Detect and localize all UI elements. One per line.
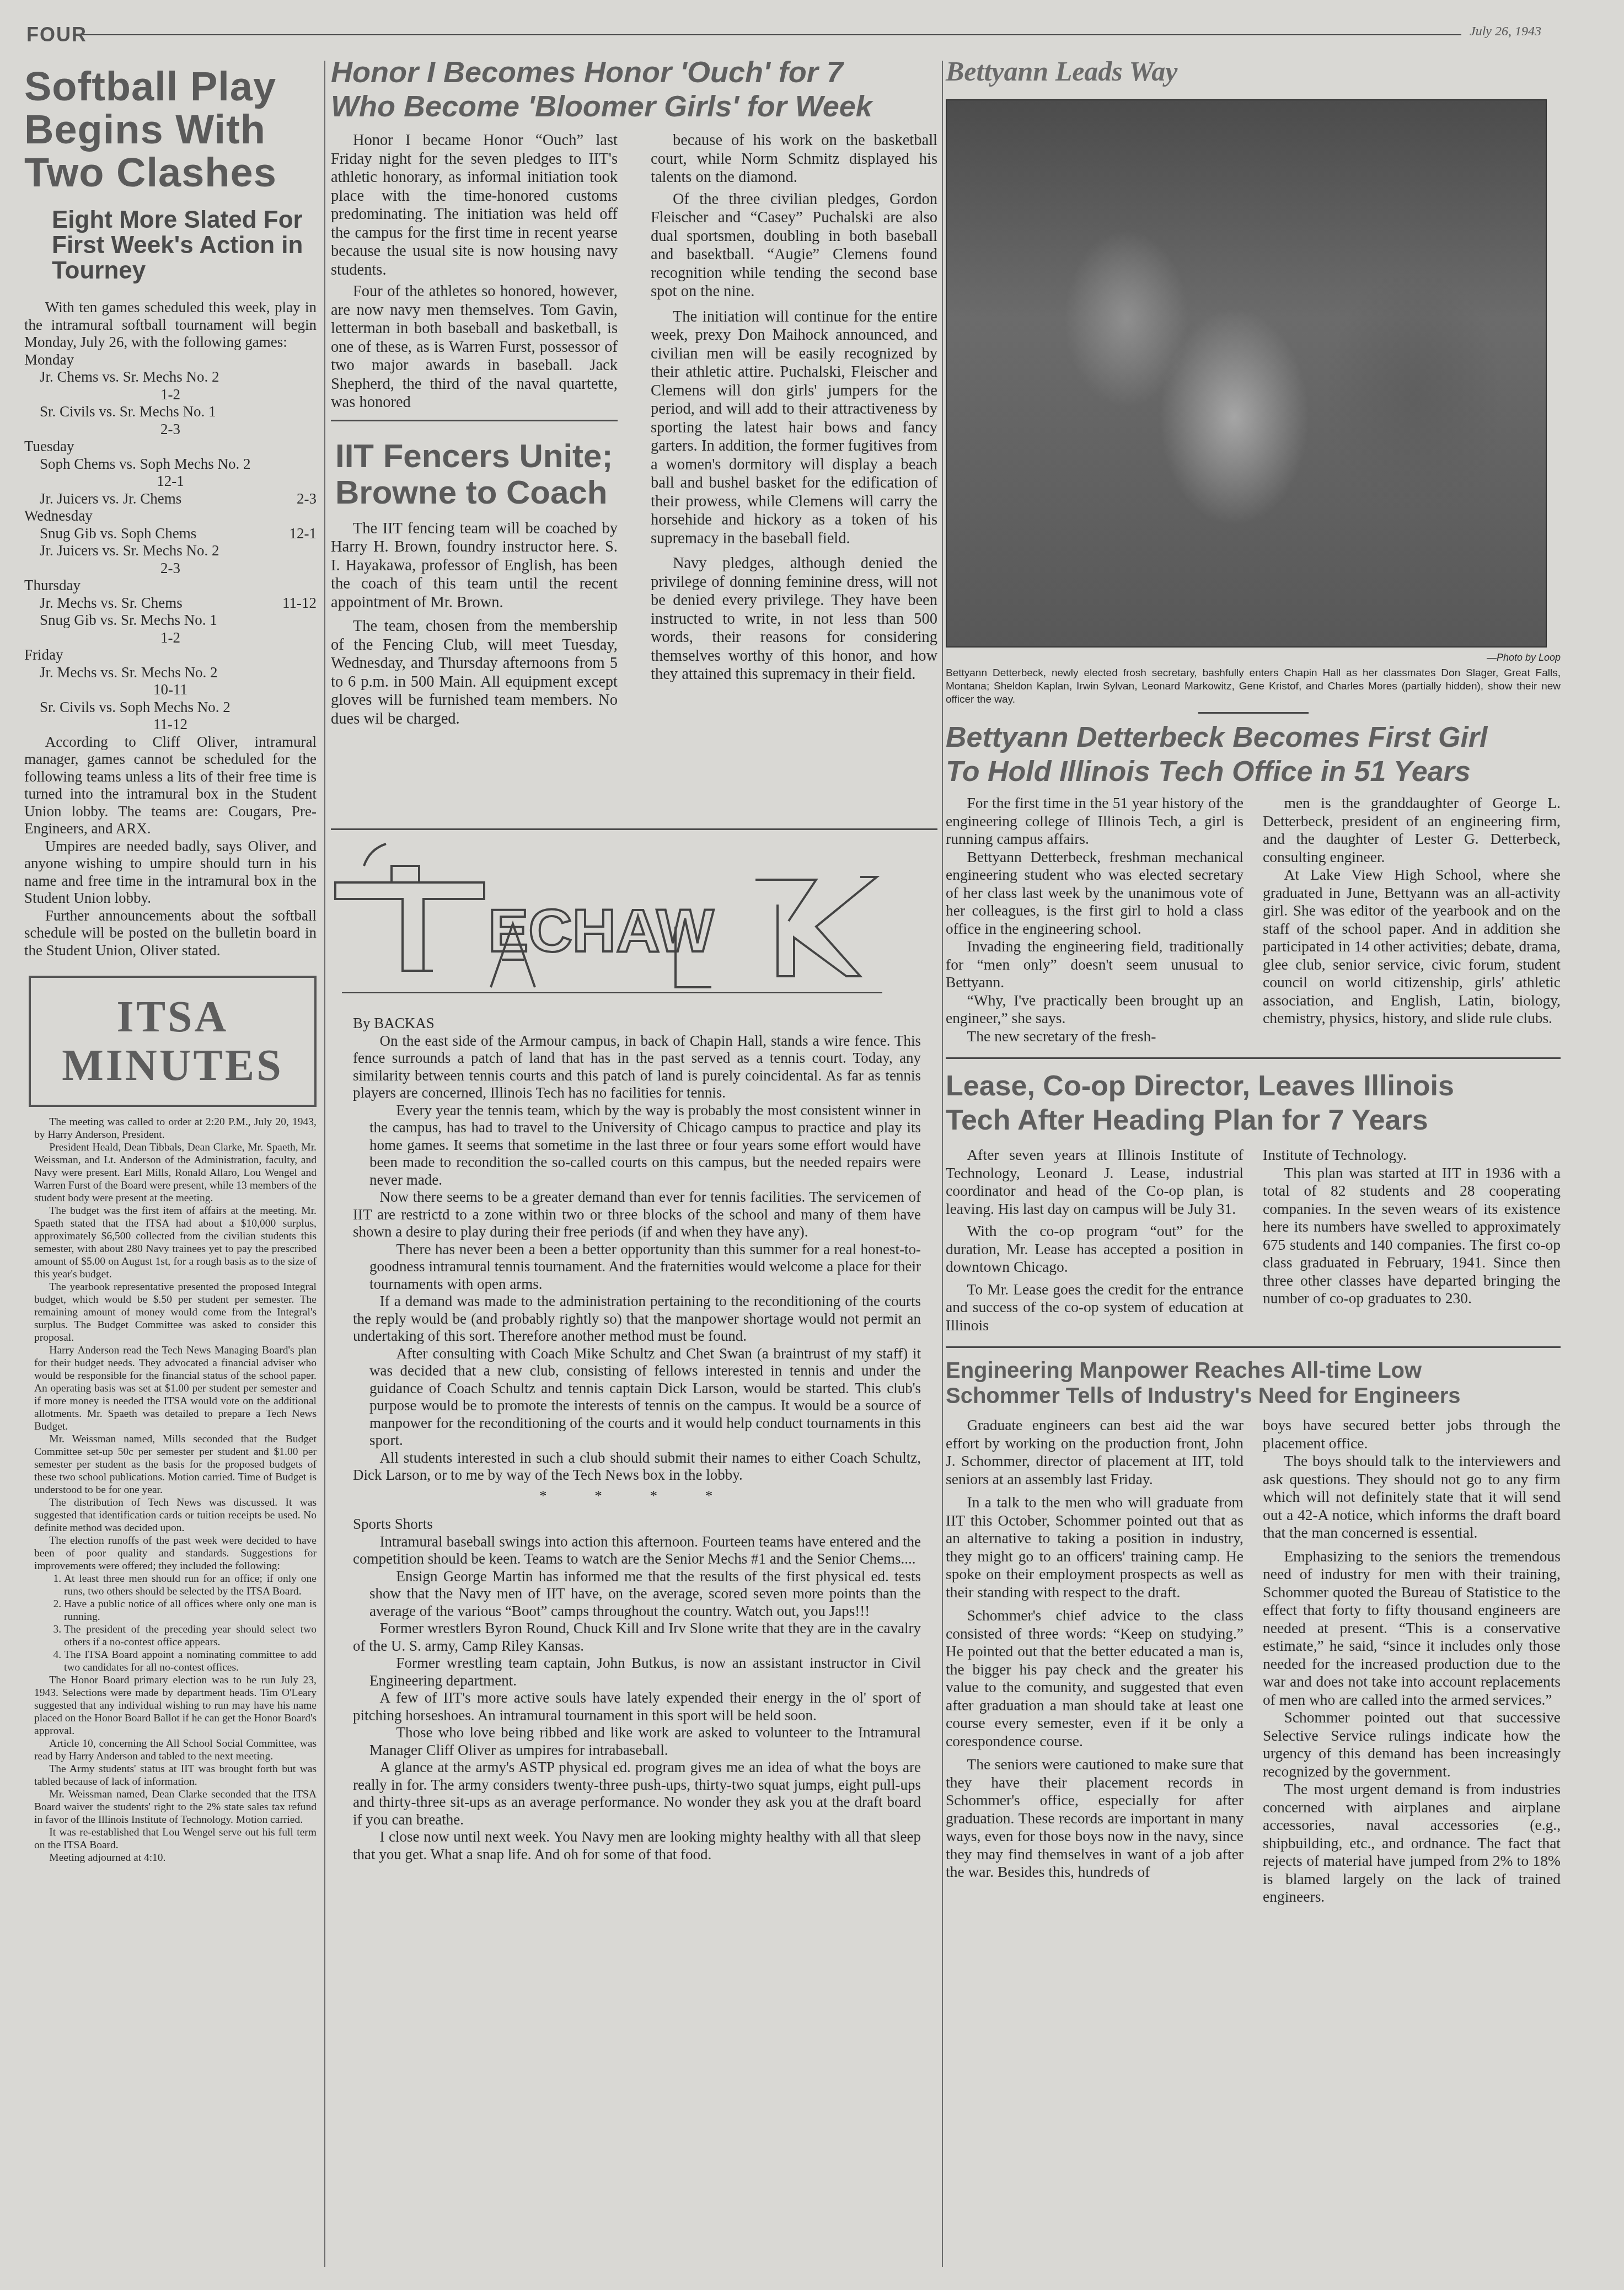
lease-paragraph: Institute of Technology. <box>1263 1146 1561 1164</box>
techawk-logo-text: ECHAW <box>488 897 714 965</box>
minutes-paragraph: Mr. Weissman named, Mills seconded that … <box>34 1433 317 1496</box>
minutes-paragraph: Article 10, concerning the All School So… <box>34 1737 317 1763</box>
photo-credit: —Photo by Loop <box>946 652 1561 664</box>
minutes-paragraph: The meeting was called to order at 2:20 … <box>34 1116 317 1141</box>
folio-rule <box>83 34 1461 35</box>
bettyann-article: Bettyann Detterbeck Becomes First Girl T… <box>946 720 1561 1045</box>
minutes-paragraph: Mr. Weissman named, Dean Clarke seconded… <box>34 1788 317 1826</box>
softball-paragraph: Further announcements about the softball… <box>24 907 317 960</box>
honor-article: Honor I Becomes Honor 'Ouch' for 7 Who B… <box>331 55 937 728</box>
manpower-paragraph: In a talk to the men who will graduate f… <box>946 1494 1244 1601</box>
lease-paragraph: To Mr. Lease goes the credit for the ent… <box>946 1281 1244 1335</box>
byline: By BACKAS <box>353 1015 921 1032</box>
column-divider <box>942 61 943 2267</box>
sports-shorts-title: Sports Shorts <box>353 1516 921 1533</box>
shorts-paragraph: I close now until next week. You Navy me… <box>353 1828 921 1863</box>
shorts-paragraph: Former wrestling team captain, John Butk… <box>353 1655 921 1689</box>
minutes-paragraph: The yearbook representative presented th… <box>34 1281 317 1344</box>
left-column: Softball Play Begins With Two Clashes Ei… <box>24 65 317 1864</box>
manpower-headline: Engineering Manpower Reaches All-time Lo… <box>946 1358 1561 1409</box>
talk-paragraph: On the east side of the Armour campus, i… <box>353 1032 921 1102</box>
manpower-paragraph: boys have secured better jobs through th… <box>1263 1416 1561 1452</box>
minutes-title: MINUTES <box>62 1041 283 1090</box>
bettyann-paragraph: The new secretary of the fresh- <box>946 1028 1244 1046</box>
talk-paragraph: All students interested in such a club s… <box>353 1449 921 1484</box>
manpower-paragraph: Schommer's chief advice to the class con… <box>946 1607 1244 1750</box>
bettyann-photo-feature: Bettyann Leads Way —Photo by Loop Bettya… <box>946 55 1561 714</box>
techawk-talk-column: By BACKAS On the east side of the Armour… <box>353 1015 921 1863</box>
bettyann-paragraph: Invading the engineering field, traditio… <box>946 938 1244 992</box>
right-column: Bettyann Leads Way —Photo by Loop Bettya… <box>946 55 1561 1906</box>
manpower-paragraph: The most urgent demand is from industrie… <box>1263 1780 1561 1906</box>
itsa-title: ITSA <box>117 993 229 1041</box>
honor-paragraph: Of the three civilian pledges, Gordon Fl… <box>651 190 937 301</box>
manpower-article: Engineering Manpower Reaches All-time Lo… <box>946 1358 1561 1906</box>
shorts-paragraph: Those who love being ribbed and like wor… <box>353 1724 921 1759</box>
schedule-day: Friday Jr. Mechs vs. Sr. Mechs No. 2 10-… <box>24 646 317 734</box>
election-suggestions-list: At least three men should run for an off… <box>34 1572 317 1674</box>
softball-intro: With ten games scheduled this week, play… <box>24 299 317 351</box>
middle-column: Honor I Becomes Honor 'Ouch' for 7 Who B… <box>331 55 937 728</box>
section-rule <box>331 420 618 421</box>
schedule-day: Tuesday Soph Chems vs. Soph Mechs No. 2 … <box>24 438 317 507</box>
bettyann-paragraph: Bettyann Detterbeck, freshman mechanical… <box>946 848 1244 938</box>
lease-article: Lease, Co-op Director, Leaves Illinois T… <box>946 1069 1561 1334</box>
shorts-paragraph: Intramural baseball swings into action t… <box>353 1533 921 1568</box>
honor-paragraph: Honor I became Honor “Ouch” last Friday … <box>331 131 618 279</box>
schedule-day: Thursday Jr. Mechs vs. Sr. Chems11-12 Sn… <box>24 577 317 646</box>
softball-schedule: Monday Jr. Chems vs. Sr. Mechs No. 2 1-2… <box>24 351 317 734</box>
honor-paragraph: The initiation will continue for the ent… <box>651 308 937 548</box>
talk-paragraph: There has never been a been a better opp… <box>353 1241 921 1293</box>
fencers-paragraph: The team, chosen from the membership of … <box>331 617 618 728</box>
manpower-paragraph: Graduate engineers can best aid the war … <box>946 1416 1244 1488</box>
fencers-article: IIT Fencers Unite; Browne to Coach The I… <box>331 438 618 729</box>
manpower-paragraph: The boys should talk to the interviewers… <box>1263 1452 1561 1542</box>
section-rule <box>946 1346 1561 1348</box>
minutes-paragraph: The distribution of Tech News was discus… <box>34 1496 317 1534</box>
schedule-day: Wednesday Snug Gib vs. Soph Chems12-1 Jr… <box>24 507 317 577</box>
softball-subhead: Eight More Slated For First Week's Actio… <box>52 207 317 283</box>
bettyann-photo <box>946 99 1547 648</box>
talk-paragraph: Now there seems to be a greater demand t… <box>353 1189 921 1241</box>
talk-paragraph: Every year the tennis team, which by the… <box>353 1102 921 1189</box>
softball-article: Softball Play Begins With Two Clashes Ei… <box>24 65 317 959</box>
minutes-paragraph: Harry Anderson read the Tech News Managi… <box>34 1344 317 1433</box>
manpower-paragraph: The seniors were cautioned to make sure … <box>946 1756 1244 1881</box>
lease-paragraph: This plan was started at IIT in 1936 wit… <box>1263 1164 1561 1308</box>
page-number: FOUR <box>26 23 87 46</box>
itsa-minutes: ITSA MINUTES The meeting was called to o… <box>24 976 317 1864</box>
bettyann-paragraph: At Lake View High School, where she grad… <box>1263 866 1561 1028</box>
bettyann-paragraph: men is the granddaughter of George L. De… <box>1263 794 1561 866</box>
itsa-minutes-title-box: ITSA MINUTES <box>29 976 317 1107</box>
honor-paragraph: Navy pledges, although denied the privil… <box>651 554 937 684</box>
softball-paragraph: According to Cliff Oliver, intramural ma… <box>24 734 317 838</box>
lease-paragraph: With the co-op program “out” for the dur… <box>946 1222 1244 1276</box>
honor-paragraph: because of his work on the basketball co… <box>651 131 937 187</box>
minutes-paragraph: The budget was the first item of affairs… <box>34 1205 317 1281</box>
minutes-paragraph: Meeting adjourned at 4:10. <box>34 1852 317 1864</box>
minutes-paragraph: It was re-established that Lou Wengel se… <box>34 1826 317 1852</box>
minutes-paragraph: The Honor Board primary election was to … <box>34 1674 317 1737</box>
minutes-paragraph: The election runoffs of the past week we… <box>34 1534 317 1572</box>
techawk-talk-illustration: ECHAW <box>331 827 937 1009</box>
softball-headline: Softball Play Begins With Two Clashes <box>24 65 317 194</box>
section-separator: * * * * <box>353 1488 921 1505</box>
shorts-paragraph: Ensign George Martin has informed me tha… <box>353 1568 921 1620</box>
softball-paragraph: Umpires are needed badly, says Oliver, a… <box>24 838 317 907</box>
shorts-paragraph: A few of IIT's more active souls have la… <box>353 1689 921 1724</box>
lease-headline: Lease, Co-op Director, Leaves Illinois T… <box>946 1069 1561 1137</box>
fencers-paragraph: The IIT fencing team will be coached by … <box>331 520 618 612</box>
honor-headline: Honor I Becomes Honor 'Ouch' for 7 Who B… <box>331 55 937 124</box>
manpower-paragraph: Emphasizing to the seniors the tremendou… <box>1263 1548 1561 1709</box>
fencers-headline: IIT Fencers Unite; Browne to Coach <box>335 438 618 511</box>
honor-paragraph: Four of the athletes so honored, however… <box>331 282 618 412</box>
talk-paragraph: If a demand was made to the administrati… <box>353 1293 921 1345</box>
shorts-paragraph: A glance at the army's ASTP physical ed.… <box>353 1759 921 1828</box>
section-rule <box>1198 712 1309 714</box>
bettyann-headline: Bettyann Detterbeck Becomes First Girl T… <box>946 720 1561 789</box>
list-item: The president of the preceding year shou… <box>64 1623 317 1649</box>
list-item: At least three men should run for an off… <box>64 1572 317 1598</box>
list-item: The ITSA Board appoint a nominating comm… <box>64 1649 317 1674</box>
techawk-talk-logo: ECHAW TECHAWK TALK <box>331 827 937 1009</box>
shorts-paragraph: Former wrestlers Byron Round, Chuck Kill… <box>353 1620 921 1655</box>
photo-headline: Bettyann Leads Way <box>946 55 1561 87</box>
section-rule <box>946 1057 1561 1059</box>
photo-caption: Bettyann Detterbeck, newly elected frosh… <box>946 667 1561 707</box>
minutes-paragraph: President Heald, Dean Tibbals, Dean Clar… <box>34 1141 317 1205</box>
column-divider <box>324 61 325 2267</box>
bettyann-paragraph: “Why, I've practically been brought up a… <box>946 992 1244 1028</box>
lease-paragraph: After seven years at Illinois Institute … <box>946 1146 1244 1218</box>
schedule-day: Monday Jr. Chems vs. Sr. Mechs No. 2 1-2… <box>24 351 317 438</box>
talk-paragraph: After consulting with Coach Mike Schultz… <box>353 1345 921 1449</box>
bettyann-paragraph: For the first time in the 51 year histor… <box>946 794 1244 848</box>
manpower-paragraph: Schommer pointed out that successive Sel… <box>1263 1709 1561 1780</box>
list-item: Have a public notice of all offices wher… <box>64 1598 317 1623</box>
minutes-paragraph: The Army students' status at IIT was bro… <box>34 1763 317 1788</box>
issue-date: July 26, 1943 <box>1470 24 1541 39</box>
